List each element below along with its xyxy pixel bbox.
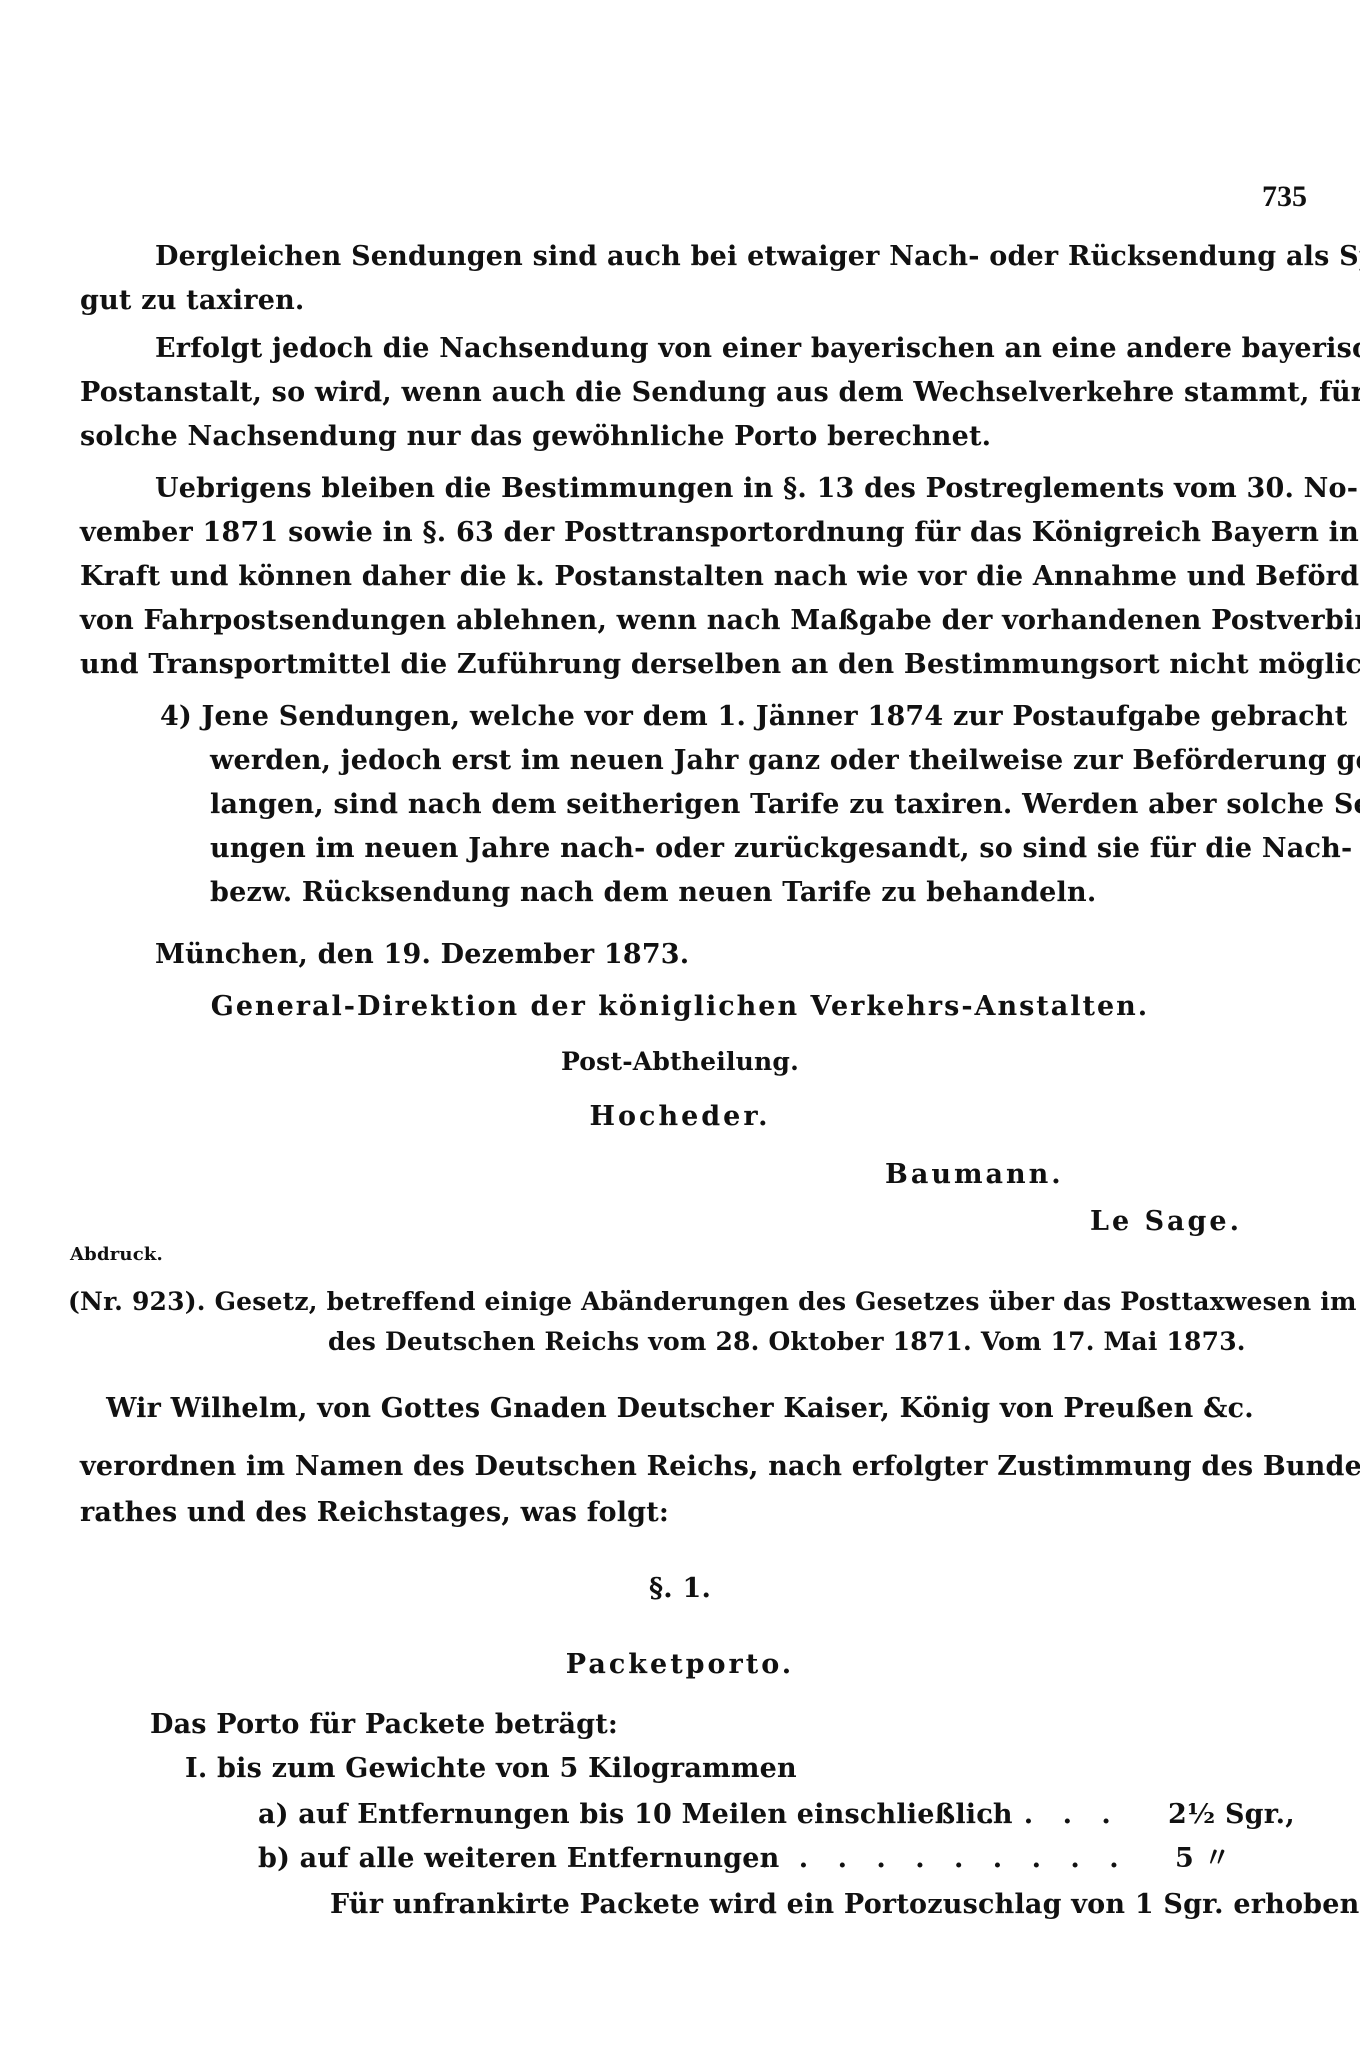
paragraph-2-line-2: Postanstalt, so wird, wenn auch die Send… — [80, 376, 1320, 410]
packet-intro: Das Porto für Packete beträgt: — [150, 1708, 618, 1742]
paragraph-3-line-2: vember 1871 sowie in §. 63 der Posttrans… — [80, 516, 1320, 550]
enactment-line-2: rathes und des Reichstages, was folgt: — [80, 1496, 669, 1530]
signatory-hocheder: Hocheder. — [0, 1100, 1360, 1134]
rate-a-leader: . . . . — [985, 1798, 1121, 1832]
rate-a-value: 2½ Sgr., — [1168, 1798, 1295, 1832]
item-I: I. bis zum Gewichte von 5 Kilogrammen — [185, 1752, 797, 1786]
paragraph-1-line-2: gut zu taxiren. — [80, 284, 305, 318]
signatory-baumann: Baumann. — [885, 1158, 1064, 1192]
paragraph-3-line-3: Kraft und können daher die k. Postanstal… — [80, 560, 1320, 594]
paragraph-3-line-4: von Fahrpostsendungen ablehnen, wenn nac… — [80, 604, 1320, 638]
issuing-authority: General-Direktion der königlichen Verkeh… — [0, 990, 1360, 1024]
section-title: Packetporto. — [0, 1648, 1360, 1682]
item-4-line-5: bezw. Rücksendung nach dem neuen Tarife … — [210, 876, 1096, 910]
rate-b-leader: . . . . . . . . . . — [760, 1842, 1129, 1876]
paragraph-3-line-5: und Transportmittel die Zuführung dersel… — [80, 648, 1320, 682]
place-date: München, den 19. Dezember 1873. — [155, 938, 689, 972]
preamble: Wir Wilhelm, von Gottes Gnaden Deutscher… — [0, 1392, 1360, 1426]
rate-a-label: a) auf Entfernungen bis 10 Meilen einsch… — [258, 1798, 1013, 1832]
paragraph-2-line-1: Erfolgt jedoch die Nachsendung von einer… — [155, 332, 1320, 366]
paragraph-2-line-3: solche Nachsendung nur das gewöhnliche P… — [80, 420, 991, 454]
item-4-line-3: langen, sind nach dem seitherigen Tarife… — [210, 788, 1320, 822]
law-title-line-1: (Nr. 923). Gesetz, betreffend einige Abä… — [68, 1285, 1320, 1319]
law-title-line-2: des Deutschen Reichs vom 28. Oktober 187… — [328, 1325, 1246, 1359]
surcharge-note: Für unfrankirte Packete wird ein Portozu… — [330, 1888, 1360, 1922]
item-4-line-2: werden, jedoch erst im neuen Jahr ganz o… — [210, 744, 1320, 778]
signatory-le-sage: Le Sage. — [1090, 1205, 1242, 1239]
page-number: 735 — [1262, 180, 1307, 214]
item-4-line-4: ungen im neuen Jahre nach- oder zurückge… — [210, 832, 1320, 866]
rate-b-value: 5 〃 — [1175, 1842, 1231, 1876]
item-4-line-1: 4) Jene Sendungen, welche vor dem 1. Jän… — [160, 700, 1320, 734]
margin-note-abdruck: Abdruck. — [70, 1238, 163, 1272]
rate-b-label: b) auf alle weiteren Entfernungen — [258, 1842, 779, 1876]
department: Post-Abtheilung. — [0, 1045, 1360, 1079]
paragraph-3-line-1: Uebrigens bleiben die Bestimmungen in §.… — [155, 472, 1320, 506]
enactment-line-1: verordnen im Namen des Deutschen Reichs,… — [80, 1450, 1320, 1484]
paragraph-1-line-1: Dergleichen Sendungen sind auch bei etwa… — [155, 240, 1320, 274]
section-number: §. 1. — [0, 1572, 1360, 1606]
